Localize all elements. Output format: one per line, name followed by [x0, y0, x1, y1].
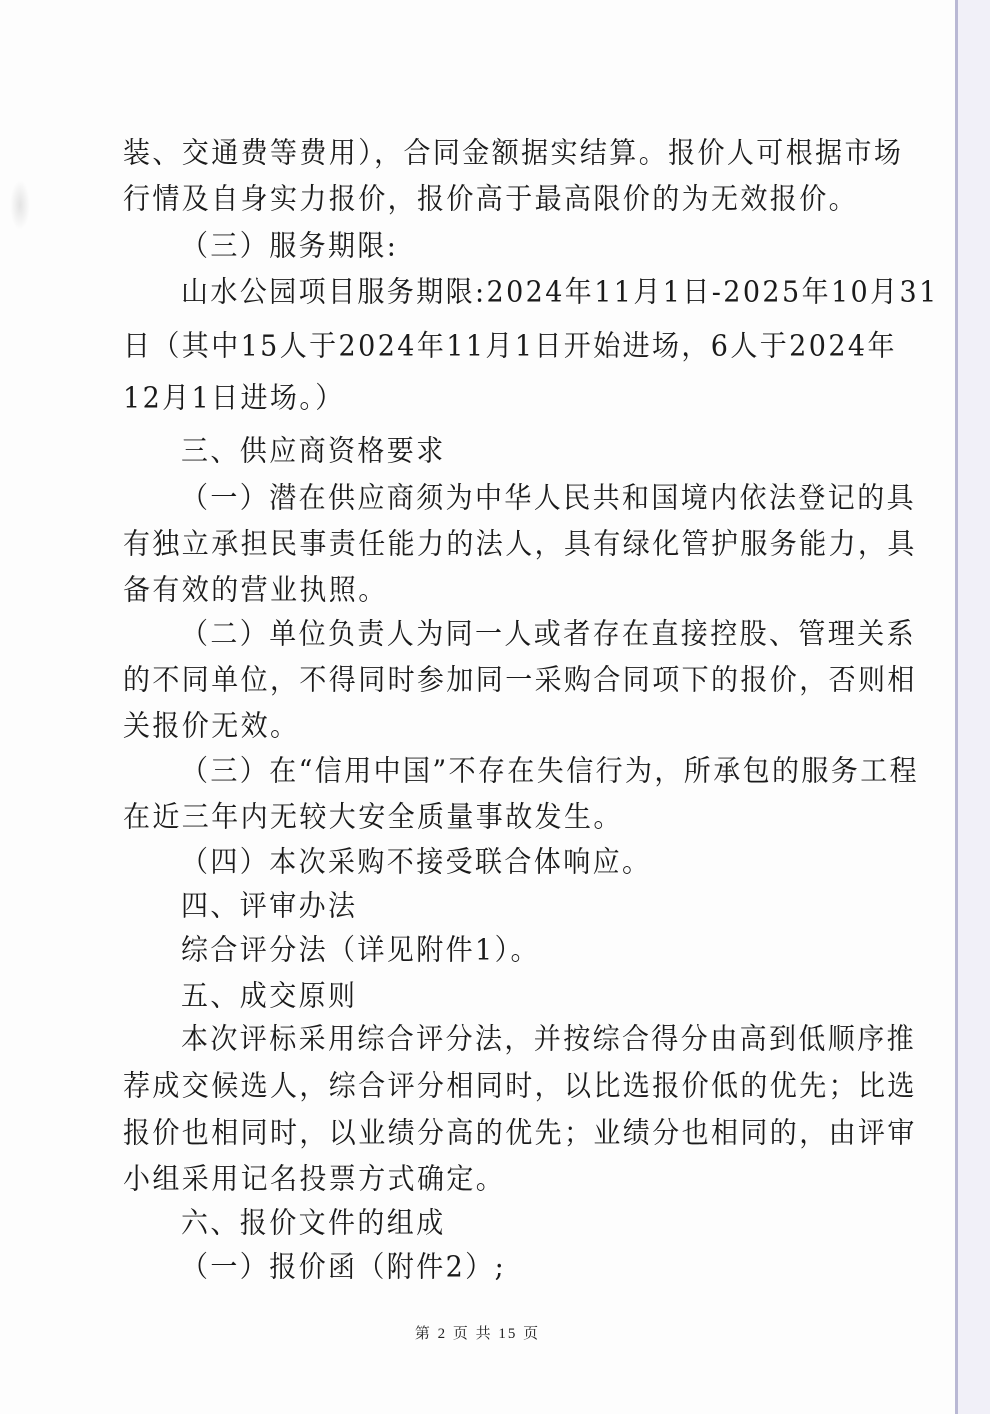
- text-line-21: 荐成交候选人，综合评分相同时，以比选报价低的优先；比选: [123, 1069, 917, 1106]
- text-line-22: 报价也相同时，以业绩分高的优先；业绩分也相同的，由评审: [123, 1116, 917, 1153]
- text-line-10: 备有效的营业执照。: [123, 573, 388, 610]
- text-line-15: 在近三年内无较大安全质量事故发生。: [123, 800, 623, 837]
- subheading-service-period: （三）服务期限:: [181, 229, 398, 266]
- text-line-25: （一）报价函（附件2）;: [181, 1250, 506, 1287]
- section-heading-4: 四、评审办法: [181, 889, 357, 926]
- section-heading-3: 三、供应商资格要求: [181, 434, 446, 471]
- text-line-8: （一）潜在供应商须为中华人民共和国境内依法登记的具: [181, 481, 916, 518]
- text-line-12: 的不同单位，不得同时参加同一采购合同项下的报价，否则相: [123, 663, 917, 700]
- text-line-20: 本次评标采用综合评分法，并按综合得分由高到低顺序推: [181, 1022, 916, 1059]
- scan-outer-margin: [990, 0, 1000, 1414]
- document-page: 装、交通费等费用），合同金额据实结算。报价人可根据市场 行情及自身实力报价，报价…: [0, 0, 955, 1414]
- text-line-13: 关报价无效。: [123, 709, 299, 746]
- text-line-5: 日（其中15人于2024年11月1日开始进场，6人于2024年: [123, 329, 897, 366]
- scan-margin-strip: [958, 0, 990, 1414]
- text-line-23: 小组采用记名投票方式确定。: [123, 1162, 505, 1199]
- text-line-16: （四）本次采购不接受联合体响应。: [181, 845, 651, 882]
- section-heading-6: 六、报价文件的组成: [181, 1206, 446, 1243]
- text-line-9: 有独立承担民事责任能力的法人，具有绿化管护服务能力，具: [123, 527, 917, 564]
- text-line-6: 12月1日进场。）: [123, 381, 345, 418]
- section-heading-5: 五、成交原则: [181, 979, 357, 1016]
- text-line-4: 山水公园项目服务期限:2024年11月1日-2025年10月31: [181, 275, 939, 312]
- text-line-2: 行情及自身实力报价，报价高于最高限价的为无效报价。: [123, 182, 858, 219]
- text-line-11: （二）单位负责人为同一人或者存在直接控股、管理关系: [181, 617, 916, 654]
- page-number-footer: 第 2 页 共 15 页: [0, 1322, 955, 1343]
- scan-artifact: [10, 180, 30, 230]
- text-line-1: 装、交通费等费用），合同金额据实结算。报价人可根据市场: [123, 136, 903, 173]
- text-line-18: 综合评分法（详见附件1）。: [181, 933, 540, 970]
- text-line-14: （三）在“信用中国”不存在失信行为，所承包的服务工程: [181, 754, 919, 791]
